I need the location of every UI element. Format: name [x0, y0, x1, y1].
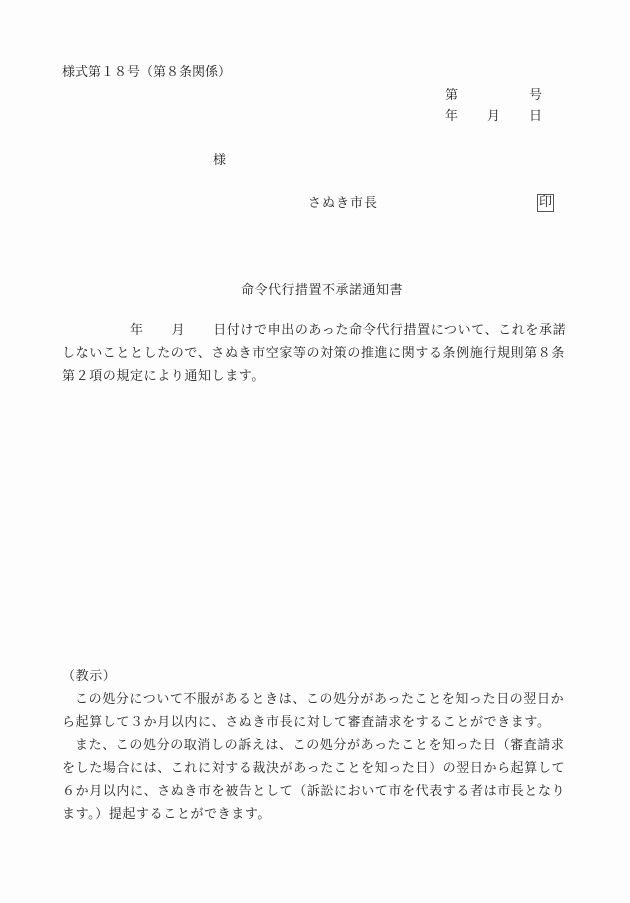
date-day-label: 日	[529, 109, 542, 125]
date-month-label: 月	[487, 109, 500, 125]
notice-para2-line1: また、この処分の取消しの訴えは、この処分があったことを知った日（審査請求	[62, 734, 574, 757]
seal-mark: 印	[537, 194, 554, 212]
notice-para1-line1: この処分について不服があるときは、この処分があったことを知った日の翌日か	[62, 688, 574, 711]
seal-box: 印	[537, 194, 554, 212]
document-number-suffix: 号	[529, 88, 542, 104]
body-date-year: 年	[130, 323, 144, 338]
date-year-label: 年	[445, 109, 458, 125]
form-number: 様式第１８号（第８条関係）	[62, 65, 231, 81]
body-paragraph: 年月日付けで申出のあった命令代行措置について、これを承諾 しないこととしたので、…	[62, 319, 574, 388]
notice-para2-line3: ６か月以内に、さぬき市を被告として（訴訟において市を代表する者は市長となり	[62, 780, 574, 803]
notice-para2-line4: ます。）提起することができます。	[62, 803, 574, 826]
body-line-1: 年月日付けで申出のあった命令代行措置について、これを承諾	[62, 319, 574, 342]
notice-para1-line2: ら起算して３か月以内に、さぬき市長に対して審査請求をすることができます。	[62, 711, 574, 734]
body-date-month: 月	[172, 323, 186, 338]
notice-para2-line2: をした場合には、これに対する裁決があったことを知った日）の翌日から起算して	[62, 757, 574, 780]
notice-section: （教示） この処分について不服があるときは、この処分があったことを知った日の翌日…	[62, 665, 574, 826]
notice-heading: （教示）	[62, 665, 574, 688]
addressee-honorific: 様	[213, 153, 226, 169]
body-line-3: 第２項の規定により通知します。	[62, 365, 574, 388]
document-title: 命令代行措置不承諾通知書	[241, 283, 403, 299]
issuer-name: さぬき市長	[308, 196, 378, 212]
body-line-2: しないこととしたので、さぬき市空家等の対策の推進に関する条例施行規則第８条	[62, 342, 574, 365]
document-number-prefix: 第	[445, 88, 458, 104]
body-line-1-text: 日付けで申出のあった命令代行措置について、これを承諾	[213, 323, 566, 338]
